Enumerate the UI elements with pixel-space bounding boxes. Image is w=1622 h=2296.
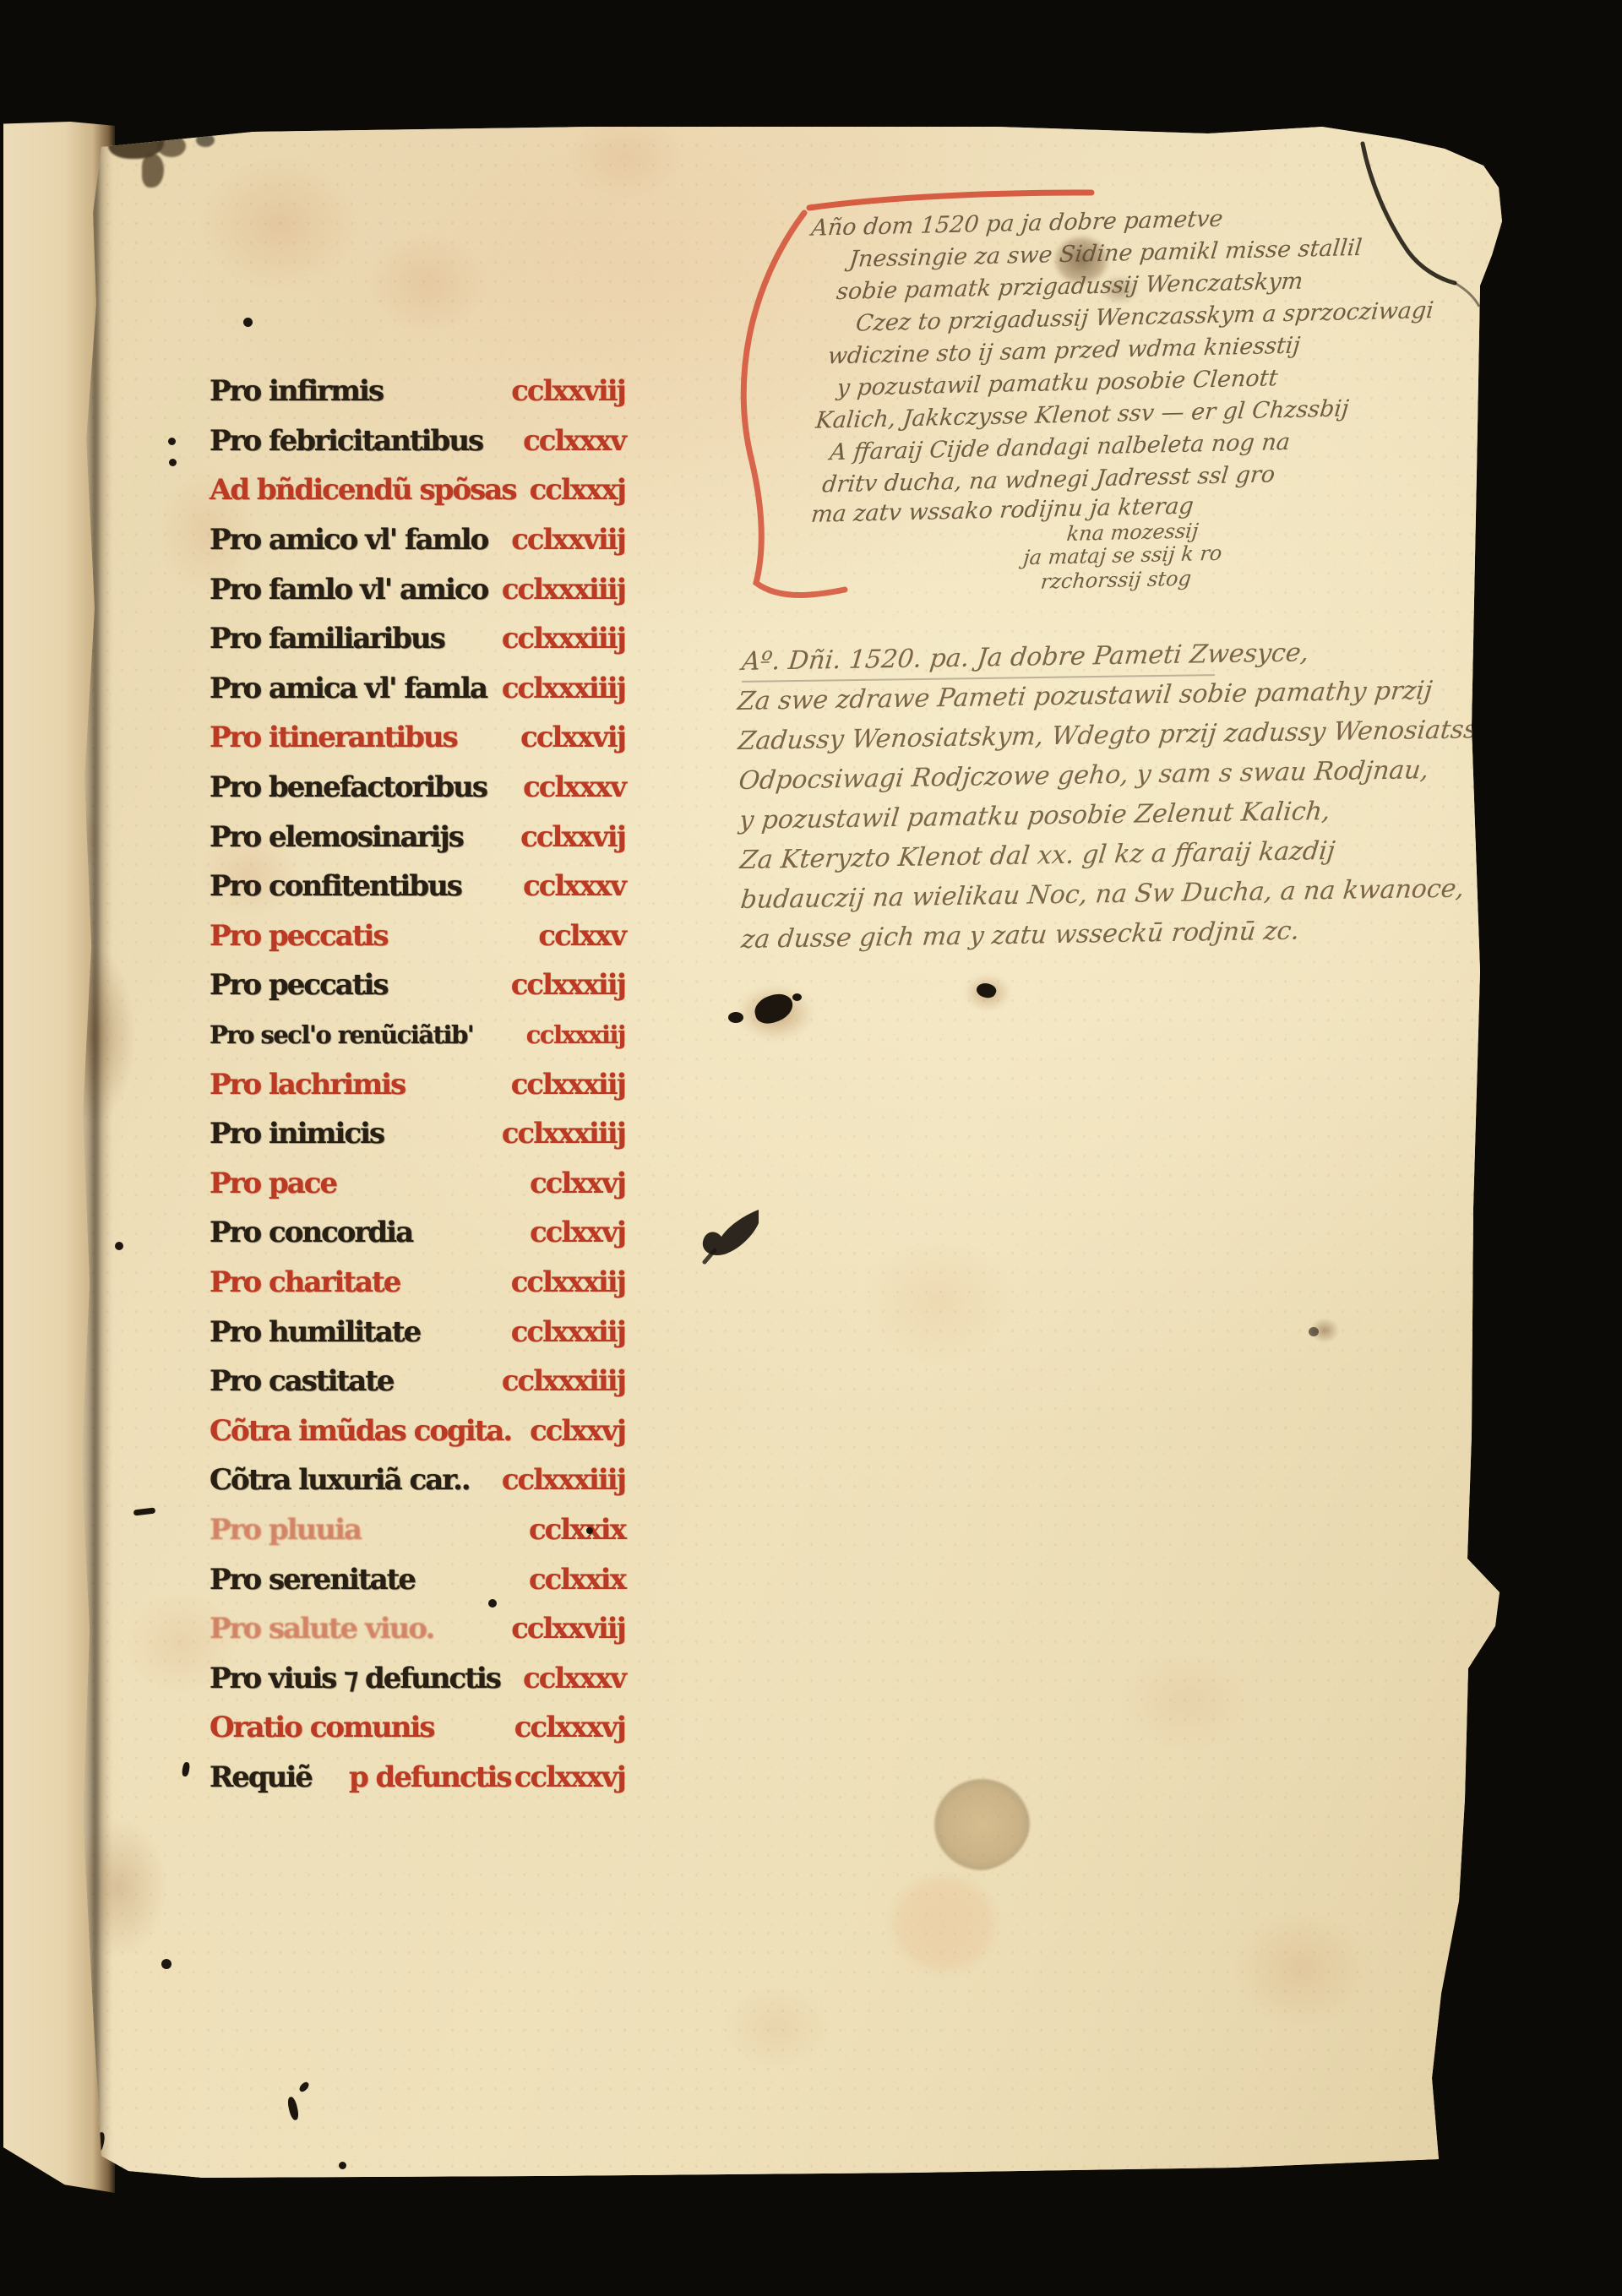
entry-page-ref: cclxxvj — [530, 1216, 625, 1249]
index-row: Oratio comunis cclxxxvj — [210, 1703, 625, 1753]
index-row: Pro pace cclxxvj — [210, 1159, 625, 1209]
entry-label: Pro humilitate — [210, 1315, 420, 1349]
entry-page-ref: cclxxxiiij — [502, 622, 625, 656]
entry-label: Pro confitentibus — [210, 869, 461, 903]
entry-label: Pro peccatis — [210, 919, 388, 953]
book-scan: Pro infirmis cclxxviij Pro febricitantib… — [0, 0, 1622, 2296]
entry-label-part: Pro pluuia — [210, 1513, 361, 1547]
entry-label-part: Pro secl'o renũciãtib' — [210, 1020, 473, 1049]
entry-page-ref: cclxxviij — [511, 1612, 625, 1646]
entry-page-ref: cclxxviij — [511, 523, 625, 557]
entry-label: Requiẽp defunctis — [210, 1760, 510, 1794]
entry-page-ref: cclxxv — [538, 919, 625, 953]
entry-label: Pro serenitate — [210, 1563, 415, 1597]
index-row: Cõtra luxuriã car.. cclxxxiiij — [210, 1455, 625, 1505]
entry-page-ref: cclxxxiij — [511, 1315, 625, 1349]
entry-label-part: Pro famlo vl' amico — [210, 573, 487, 607]
entry-page-ref: cclxxxiij — [511, 1068, 625, 1102]
index-row: Pro infirmis cclxxviij — [210, 367, 625, 416]
index-row: Pro inimicis cclxxxiiij — [210, 1109, 625, 1159]
entry-page-ref: cclxxxiiij — [502, 1117, 625, 1151]
entry-label-part: Pro infirmis — [210, 374, 383, 408]
entry-label-part: Pro humilitate — [210, 1315, 420, 1349]
index-row: Pro itinerantibus cclxxvij — [210, 713, 625, 763]
entry-page-ref: cclxxvij — [520, 820, 625, 854]
entry-label: Pro familiaribus — [210, 622, 444, 656]
entry-page-ref: cclxxix — [529, 1513, 625, 1547]
entry-label-part: Requiẽ — [210, 1760, 312, 1794]
entry-label-part: Pro salute viuo. — [210, 1612, 433, 1646]
entry-label-part: Pro familiaribus — [210, 622, 444, 656]
index-row: Pro humilitate cclxxxiij — [210, 1307, 625, 1357]
index-row: Pro charitate cclxxxiij — [210, 1258, 625, 1308]
index-row: Pro viuis ⁊ defunctis cclxxxv — [210, 1653, 625, 1703]
book-page: Pro infirmis cclxxviij Pro febricitantib… — [0, 0, 1622, 2296]
index-row: Pro pluuia cclxxix — [210, 1505, 625, 1555]
entry-page-ref: cclxxxiij — [526, 1020, 625, 1049]
entry-page-ref: cclxxxv — [523, 770, 625, 804]
entry-page-ref: cclxxxv — [523, 1662, 625, 1695]
index-row: Pro benefactoribus cclxxxv — [210, 763, 625, 813]
entry-page-ref: cclxxxv — [523, 424, 625, 458]
index-row: Requiẽp defunctis cclxxxvj — [210, 1753, 625, 1803]
contents-index: Pro infirmis cclxxviij Pro febricitantib… — [210, 367, 625, 1802]
entry-label-part: p defunctis — [349, 1760, 511, 1794]
entry-label-part: Pro pace — [210, 1167, 336, 1200]
entry-label: Pro famlo vl' amico — [210, 573, 487, 607]
entry-label-part: Pro serenitate — [210, 1563, 415, 1597]
entry-label: Cõtra luxuriã car.. — [210, 1463, 470, 1497]
entry-label: Pro salute viuo. — [210, 1612, 433, 1646]
entry-page-ref: cclxxvj — [530, 1414, 625, 1448]
entry-label: Pro infirmis — [210, 374, 383, 408]
entry-label: Pro castitate — [210, 1364, 394, 1398]
entry-label: Pro viuis ⁊ defunctis — [210, 1662, 500, 1695]
entry-label: Pro itinerantibus — [210, 721, 457, 754]
entry-page-ref: cclxxix — [529, 1563, 625, 1597]
entry-page-ref: cclxxxiij — [511, 968, 625, 1002]
index-row: Pro elemosinarijs cclxxvij — [210, 812, 625, 862]
entry-label-part: Pro castitate — [210, 1364, 394, 1398]
entry-label: Pro peccatis — [210, 968, 388, 1002]
index-row: Ad bñdicendũ spõsas cclxxxj — [210, 465, 625, 515]
entry-page-ref: cclxxvij — [520, 721, 625, 754]
entry-page-ref: cclxxvj — [530, 1167, 625, 1200]
entry-label-part: Pro itinerantibus — [210, 721, 457, 754]
entry-page-ref: cclxxxiiij — [502, 1364, 625, 1398]
entry-label-part: Pro inimicis — [210, 1117, 384, 1151]
index-row: Pro amica vl' famla cclxxxiiij — [210, 664, 625, 714]
entry-label: Pro elemosinarijs — [210, 820, 463, 854]
index-row: Pro peccatis cclxxxiij — [210, 960, 625, 1010]
entry-label-part: Pro peccatis — [210, 968, 388, 1002]
index-row: Pro amico vl' famlo cclxxviij — [210, 515, 625, 565]
index-row: Pro salute viuo. cclxxviij — [210, 1604, 625, 1654]
index-row: Pro castitate cclxxxiiij — [210, 1357, 625, 1406]
index-row: Pro familiaribus cclxxxiiij — [210, 614, 625, 664]
entry-label-part: Pro peccatis — [210, 919, 388, 953]
entry-label-part: Cõtra luxuriã car.. — [210, 1463, 470, 1497]
entry-label-part: Pro lachrimis — [210, 1068, 405, 1102]
index-row: Pro febricitantibus cclxxxv — [210, 416, 625, 466]
index-row: Pro secl'o renũciãtib' cclxxxiij — [210, 1010, 625, 1060]
entry-page-ref: cclxxxiij — [511, 1265, 625, 1299]
entry-label: Pro charitate — [210, 1265, 400, 1299]
entry-label: Pro lachrimis — [210, 1068, 405, 1102]
entry-label: Pro pluuia — [210, 1513, 361, 1547]
entry-label: Pro benefactoribus — [210, 770, 487, 804]
entry-label: Pro febricitantibus — [210, 424, 482, 458]
entry-label-part: Cõtra imũdas cogita. — [210, 1414, 511, 1448]
entry-label-part: Pro elemosinarijs — [210, 820, 463, 854]
entry-label-part: Pro viuis ⁊ defunctis — [210, 1662, 500, 1695]
entry-label: Pro amica vl' famla — [210, 672, 487, 705]
entry-page-ref: cclxxviij — [511, 374, 625, 408]
entry-label-part: Pro febricitantibus — [210, 424, 482, 458]
entry-label: Oratio comunis — [210, 1711, 434, 1744]
entry-label-part: Oratio comunis — [210, 1711, 434, 1744]
index-row: Pro famlo vl' amico cclxxxiiij — [210, 564, 625, 614]
entry-page-ref: cclxxxiiij — [502, 672, 625, 705]
handwritten-annotation-upper: Año dom 1520 pa ja dobre pametveJnessing… — [801, 197, 1502, 599]
index-row: Pro peccatis cclxxv — [210, 911, 625, 961]
entry-page-ref: cclxxxv — [523, 869, 625, 903]
entry-page-ref: cclxxxiiij — [502, 1463, 625, 1497]
index-row: Pro lachrimis cclxxxiij — [210, 1059, 625, 1109]
entry-label: Pro inimicis — [210, 1117, 384, 1151]
entry-label: Pro concordia — [210, 1216, 412, 1249]
index-row: Cõtra imũdas cogita. cclxxvj — [210, 1406, 625, 1455]
entry-page-ref: cclxxxvj — [514, 1760, 625, 1794]
entry-label-part: Pro concordia — [210, 1216, 412, 1249]
index-row: Pro serenitate cclxxix — [210, 1554, 625, 1604]
entry-label-part: Pro amica vl' famla — [210, 672, 487, 705]
entry-label: Pro secl'o renũciãtib' — [210, 1020, 473, 1049]
index-row: Pro concordia cclxxvj — [210, 1208, 625, 1258]
entry-label: Cõtra imũdas cogita. — [210, 1414, 511, 1448]
entry-page-ref: cclxxxj — [530, 473, 625, 507]
entry-label: Pro amico vl' famlo — [210, 523, 487, 557]
entry-label-part: Pro charitate — [210, 1265, 400, 1299]
entry-label: Pro pace — [210, 1167, 336, 1200]
entry-label: Ad bñdicendũ spõsas — [210, 473, 515, 507]
entry-label-part: Pro confitentibus — [210, 869, 461, 903]
entry-label-part: Pro amico vl' famlo — [210, 523, 487, 557]
index-row: Pro confitentibus cclxxxv — [210, 862, 625, 911]
entry-page-ref: cclxxxvj — [514, 1711, 625, 1744]
entry-label-part: Ad bñdicendũ spõsas — [210, 473, 515, 507]
entry-label-part: Pro benefactoribus — [210, 770, 487, 804]
entry-page-ref: cclxxxiiij — [502, 573, 625, 607]
